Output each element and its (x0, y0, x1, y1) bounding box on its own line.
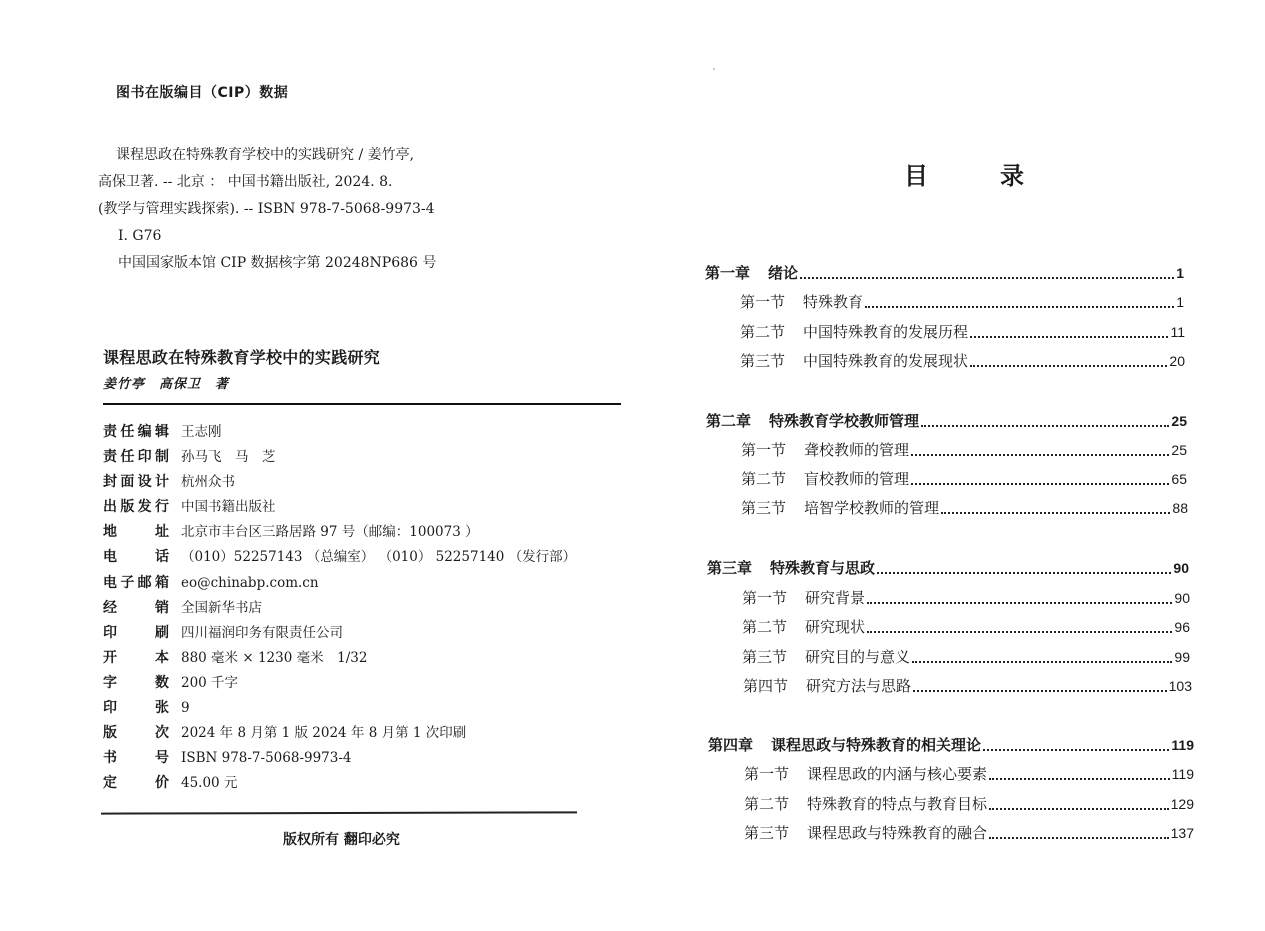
toc-page-number: 119 (1172, 766, 1194, 782)
toc-number: 第一节 (744, 763, 789, 784)
dot-leader (911, 454, 1169, 456)
toc-section[interactable]: 第一节 聋校教师的管理 25 (741, 439, 1187, 460)
dot-leader (989, 808, 1169, 810)
toc-page-number: 11 (1170, 324, 1185, 340)
table-of-contents: 第一章 绪论 1 第一节 特殊教育 1 第二节 中国特殊教育的发展历程 11 第… (0, 0, 1265, 931)
toc-entry-title: 中国特殊教育的发展历程 (803, 321, 968, 342)
toc-page-number: 99 (1174, 649, 1190, 665)
toc-section[interactable]: 第四节 研究方法与思路 103 (743, 675, 1192, 696)
toc-entry-title: 课程思政的内涵与核心要素 (807, 763, 987, 784)
toc-page-number: 25 (1171, 413, 1187, 429)
toc-entry-title: 盲校教师的管理 (804, 468, 909, 489)
dot-leader (941, 512, 1170, 514)
toc-entry-title: 课程思政与特殊教育的相关理论 (771, 734, 981, 755)
toc-page-number: 103 (1169, 678, 1192, 694)
dot-leader (921, 425, 1169, 427)
dot-leader (989, 778, 1170, 780)
toc-page-number: 137 (1171, 825, 1194, 841)
toc-number: 第二节 (741, 468, 786, 489)
dot-leader (970, 365, 1167, 367)
dot-leader (989, 837, 1169, 839)
toc-number: 第一节 (741, 439, 786, 460)
toc-page-number: 25 (1171, 442, 1187, 458)
toc-number: 第四节 (743, 675, 788, 696)
toc-number: 第二节 (744, 793, 789, 814)
toc-section[interactable]: 第二节 中国特殊教育的发展历程 11 (740, 321, 1185, 342)
toc-page-number: 119 (1171, 737, 1194, 753)
toc-entry-title: 聋校教师的管理 (804, 439, 909, 460)
toc-entry-title: 课程思政与特殊教育的融合 (807, 822, 987, 843)
dot-leader (877, 572, 1171, 574)
dot-leader (865, 306, 1174, 308)
toc-page-number: 1 (1176, 294, 1184, 310)
toc-entry-title: 特殊教育 (803, 291, 863, 312)
dot-leader (911, 483, 1169, 485)
toc-page-number: 1 (1176, 265, 1184, 281)
toc-number: 第二章 (706, 410, 751, 431)
dot-leader (913, 690, 1167, 692)
toc-page-number: 90 (1174, 590, 1190, 606)
toc-entry-title: 研究背景 (805, 587, 865, 608)
dot-leader (983, 749, 1169, 751)
toc-entry-title: 特殊教育与思政 (770, 557, 875, 578)
toc-section[interactable]: 第一节 研究背景 90 (742, 587, 1190, 608)
toc-chapter[interactable]: 第一章 绪论 1 (705, 262, 1184, 283)
toc-section[interactable]: 第一节 特殊教育 1 (740, 291, 1184, 312)
toc-number: 第一章 (705, 262, 750, 283)
toc-entry-title: 中国特殊教育的发展现状 (803, 350, 968, 371)
toc-page-number: 88 (1172, 500, 1188, 516)
toc-number: 第三章 (707, 557, 752, 578)
toc-section[interactable]: 第三节 研究目的与意义 99 (742, 646, 1190, 667)
dot-leader (800, 277, 1174, 279)
toc-section[interactable]: 第二节 研究现状 96 (742, 616, 1190, 637)
toc-number: 第三节 (744, 822, 789, 843)
toc-number: 第四章 (708, 734, 753, 755)
dot-leader (867, 602, 1172, 604)
toc-entry-title: 研究方法与思路 (806, 675, 911, 696)
toc-entry-title: 特殊教育的特点与教育目标 (807, 793, 987, 814)
toc-number: 第一节 (742, 587, 787, 608)
toc-number: 第三节 (741, 497, 786, 518)
toc-number: 第三节 (740, 350, 785, 371)
toc-entry-title: 研究现状 (805, 616, 865, 637)
toc-page-number: 20 (1169, 353, 1185, 369)
toc-section[interactable]: 第三节 中国特殊教育的发展现状 20 (740, 350, 1185, 371)
toc-page-number: 129 (1171, 796, 1194, 812)
toc-chapter[interactable]: 第二章 特殊教育学校教师管理 25 (706, 410, 1187, 431)
toc-section[interactable]: 第二节 盲校教师的管理 65 (741, 468, 1187, 489)
toc-entry-title: 特殊教育学校教师管理 (769, 410, 919, 431)
toc-number: 第一节 (740, 291, 785, 312)
toc-section[interactable]: 第一节 课程思政的内涵与核心要素 119 (744, 763, 1194, 784)
toc-entry-title: 培智学校教师的管理 (804, 497, 939, 518)
toc-entry-title: 绪论 (768, 262, 798, 283)
toc-section[interactable]: 第三节 培智学校教师的管理 88 (741, 497, 1188, 518)
toc-number: 第二节 (742, 616, 787, 637)
dot-leader (912, 661, 1172, 663)
toc-page-number: 65 (1171, 471, 1187, 487)
toc-entry-title: 研究目的与意义 (805, 646, 910, 667)
toc-section[interactable]: 第二节 特殊教育的特点与教育目标 129 (744, 793, 1194, 814)
toc-number: 第二节 (740, 321, 785, 342)
toc-chapter[interactable]: 第三章 特殊教育与思政 90 (707, 557, 1189, 578)
toc-number: 第三节 (742, 646, 787, 667)
dot-leader (867, 631, 1172, 633)
toc-page-number: 90 (1173, 560, 1189, 576)
dot-leader (970, 336, 1168, 338)
toc-section[interactable]: 第三节 课程思政与特殊教育的融合 137 (744, 822, 1194, 843)
toc-page-number: 96 (1174, 619, 1190, 635)
toc-chapter[interactable]: 第四章 课程思政与特殊教育的相关理论 119 (708, 734, 1194, 755)
